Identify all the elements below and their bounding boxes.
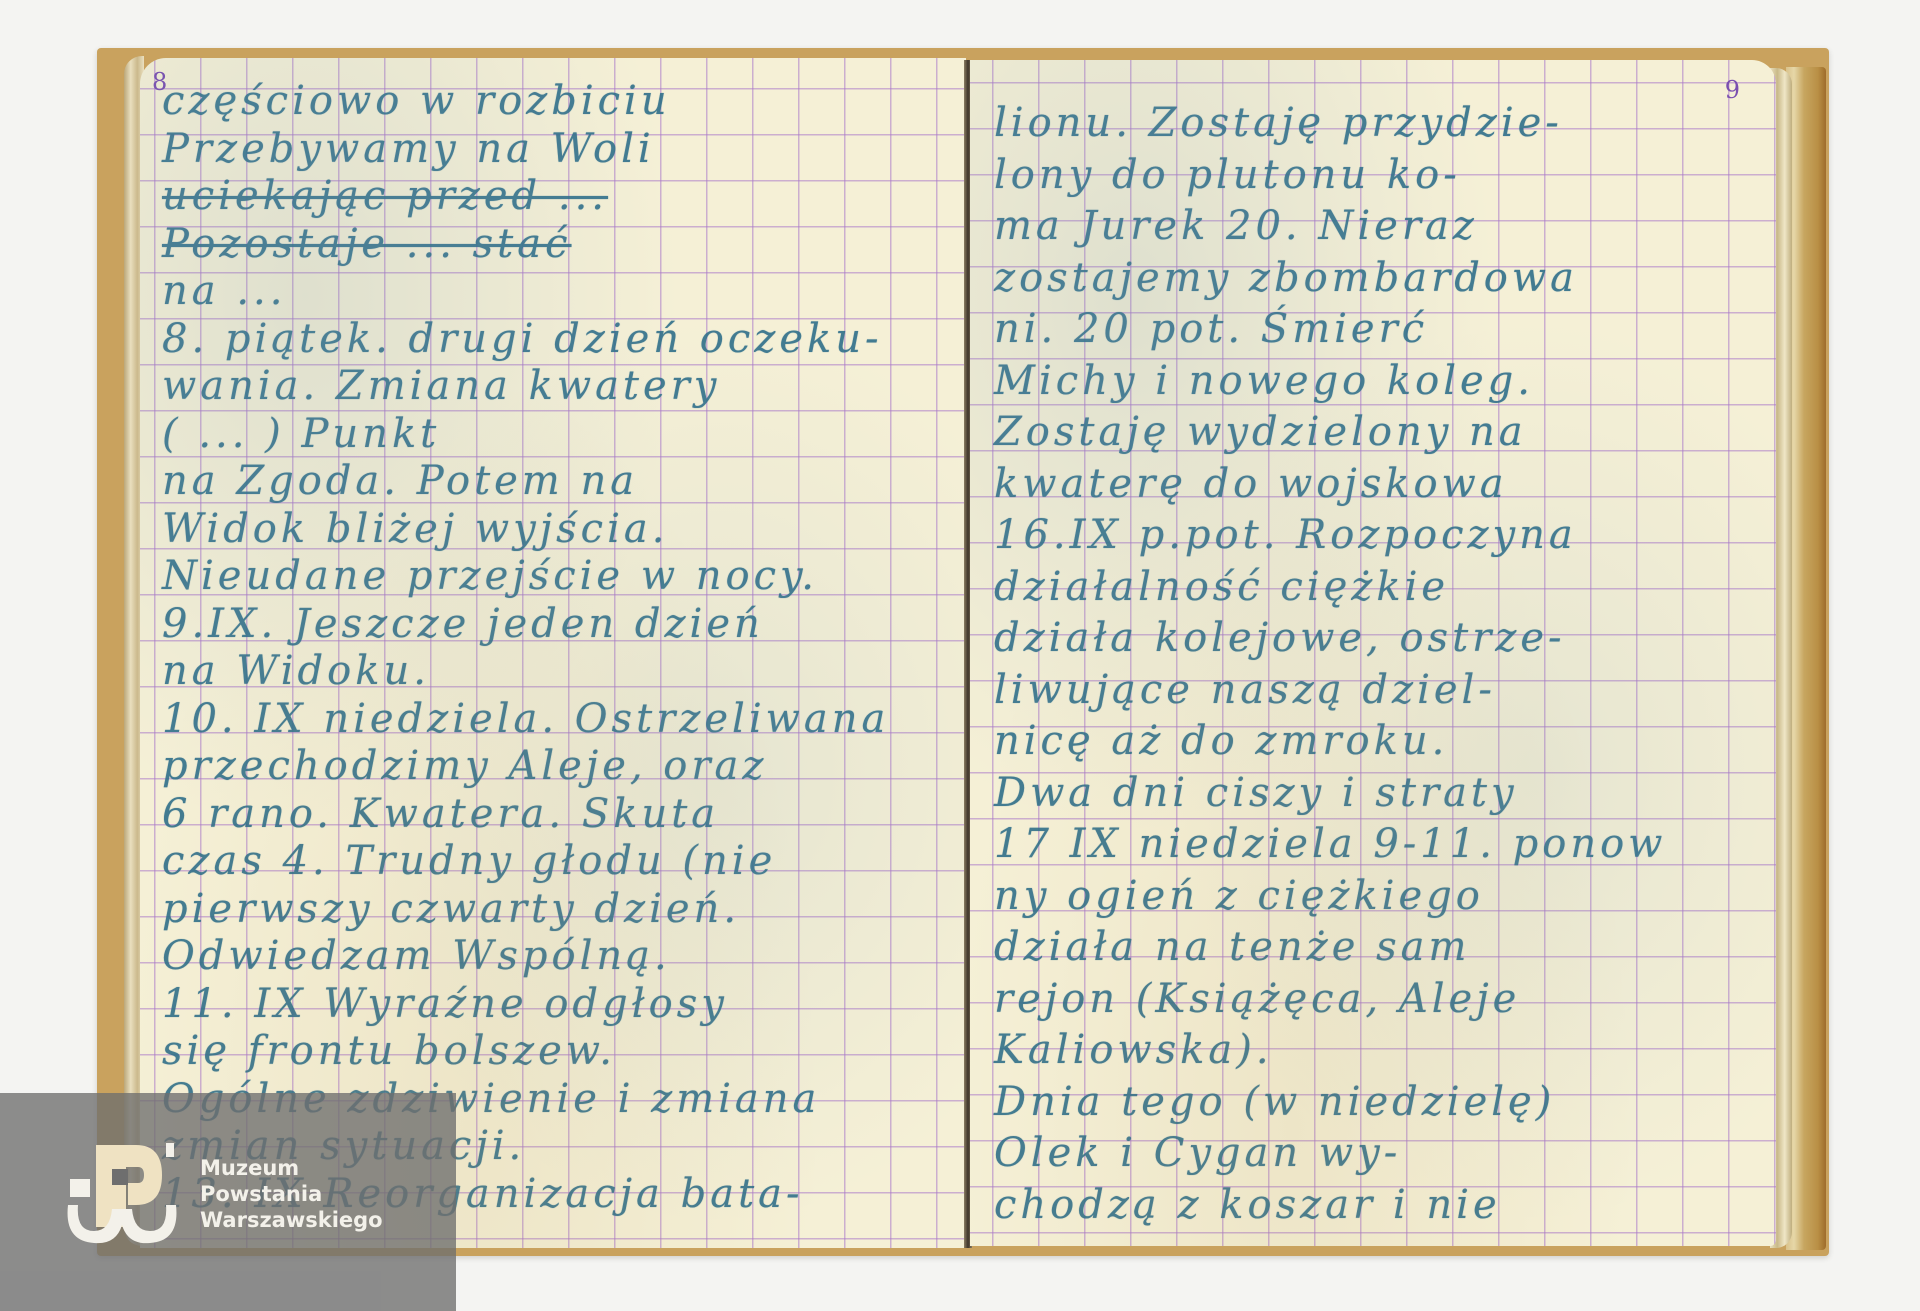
polska-walczaca-anchor-icon: [62, 1135, 182, 1255]
handwritten-line: ma Jurek 20. Nieraz: [994, 203, 1478, 249]
handwritten-line: 9.IX. Jeszcze jeden dzień: [162, 601, 764, 647]
page-number: 9: [1725, 76, 1740, 104]
handwritten-line: działa na tenże sam: [994, 924, 1470, 970]
handwritten-line: 17 IX niedziela 9-11. ponow: [994, 821, 1666, 867]
cover-right-edge: [1786, 67, 1826, 1250]
handwritten-line: czas 4. Trudny głodu (nie: [162, 838, 776, 884]
handwritten-line: lionu. Zostaję przydzie-: [994, 100, 1563, 146]
handwritten-line: Kaliowska).: [994, 1027, 1273, 1073]
handwritten-line: ni. 20 pot. Śmierć: [994, 306, 1428, 352]
handwritten-line: Dwa dni ciszy i straty: [994, 770, 1518, 816]
handwritten-line: wania. Zmiana kwatery: [162, 363, 720, 409]
handwritten-line: na Zgoda. Potem na: [162, 458, 638, 504]
handwritten-line: Zostaję wydzielony na: [994, 409, 1527, 455]
handwritten-line: na Widoku.: [162, 648, 430, 694]
handwritten-line: ny ogień z ciężkiego: [994, 873, 1484, 919]
handwritten-line: Widok bliżej wyjścia.: [162, 506, 668, 552]
handwritten-line: częściowo w rozbiciu: [162, 78, 671, 124]
logo-line: Powstania: [200, 1181, 383, 1207]
handwritten-line: Odwiedzam Wspólną.: [162, 933, 671, 979]
handwritten-line: przechodzimy Aleje, oraz: [162, 743, 767, 789]
handwritten-line: 11. IX Wyraźne odgłosy: [162, 981, 728, 1027]
handwritten-line: pierwszy czwarty dzień.: [162, 886, 740, 932]
handwritten-line: na ...: [162, 268, 286, 314]
handwritten-line: uciekając przed ...: [162, 173, 608, 219]
handwritten-line: liwujące naszą dziel-: [994, 667, 1496, 713]
left-page: 8 częściowo w rozbiciuPrzebywamy na Woli…: [140, 58, 966, 1248]
handwritten-line: kwaterę do wojskowa: [994, 461, 1508, 507]
handwritten-line: Michy i nowego koleg.: [994, 358, 1534, 404]
handwritten-line: ( ... ) Punkt: [162, 411, 440, 457]
handwritten-line: chodzą z koszar i nie: [994, 1182, 1501, 1228]
museum-logo-text: Muzeum Powstania Warszawskiego: [200, 1155, 383, 1233]
logo-line: Muzeum: [200, 1155, 383, 1181]
handwritten-line: 16.IX p.pot. Rozpoczyna: [994, 512, 1577, 558]
handwritten-line: nicę aż do zmroku.: [994, 718, 1448, 764]
handwritten-line: 10. IX niedziela. Ostrzeliwana: [162, 696, 889, 742]
handwritten-line: działa kolejowe, ostrze-: [994, 615, 1566, 661]
handwritten-line: lony do plutonu ko-: [994, 152, 1461, 198]
handwritten-line: Dnia tego (w niedzielę): [994, 1079, 1555, 1125]
handwritten-line: 6 rano. Kwatera. Skuta: [162, 791, 719, 837]
handwritten-line: zostajemy zbombardowa: [994, 255, 1578, 301]
handwritten-line: Przebywamy na Woli: [162, 126, 655, 172]
handwritten-line: Olek i Cygan wy-: [994, 1130, 1401, 1176]
handwritten-line: się frontu bolszew.: [162, 1028, 616, 1074]
handwritten-line: 8. piątek. drugi dzień oczeku-: [162, 316, 883, 362]
handwritten-line: rejon (Książęca, Aleje: [994, 976, 1520, 1022]
handwritten-line: Nieudane przejście w nocy.: [162, 553, 818, 599]
logo-line: Warszawskiego: [200, 1207, 383, 1233]
scanned-notebook-spread: 8 częściowo w rozbiciuPrzebywamy na Woli…: [0, 0, 1920, 1311]
handwritten-line: działalność ciężkie: [994, 564, 1449, 610]
handwritten-line: Pozostaje ... stać: [162, 221, 571, 267]
right-page: 9 lionu. Zostaję przydzie-lony do pluton…: [970, 60, 1776, 1246]
